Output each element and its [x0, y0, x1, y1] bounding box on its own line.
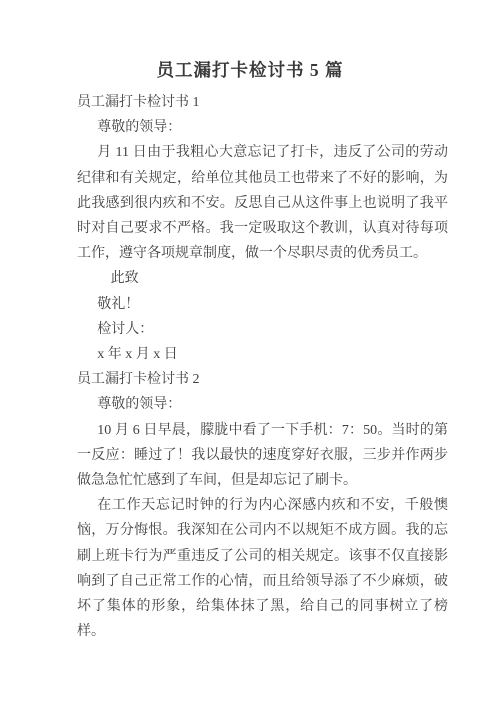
- letter-1: 员工漏打卡检讨书 1 尊敬的领导： 月 11 日由于我粗心大意忘记了打卡，违反了…: [77, 90, 448, 367]
- document-title: 员工漏打卡检讨书 5 篇: [52, 56, 448, 85]
- letter-2-salutation: 尊敬的领导：: [77, 392, 448, 417]
- letter-2-paragraph-2: 在工作天忘记时钟的行为内心深感内疚和不安，千般懊恼，万分悔恨。我深知在公司内不以…: [77, 493, 448, 644]
- letter-1-signer-label: 检讨人：: [77, 317, 448, 342]
- letter-1-closing-cizhi: 此致: [77, 266, 448, 291]
- letter-1-paragraph-1: 月 11 日由于我粗心大意忘记了打卡，违反了公司的劳动纪律和有关规定，给单位其他…: [77, 140, 448, 266]
- document-page: 员工漏打卡检讨书 5 篇 员工漏打卡检讨书 1 尊敬的领导： 月 11 日由于我…: [0, 0, 500, 707]
- letter-2-heading: 员工漏打卡检讨书 2: [77, 367, 448, 392]
- letter-2: 员工漏打卡检讨书 2 尊敬的领导： 10 月 6 日早晨，朦胧中看了一下手机：7…: [77, 367, 448, 644]
- letter-1-date: x 年 x 月 x 日: [77, 342, 448, 367]
- letter-2-paragraph-1: 10 月 6 日早晨，朦胧中看了一下手机：7：50。当时的第一反应：睡过了！我以…: [77, 418, 448, 494]
- letter-1-heading: 员工漏打卡检讨书 1: [77, 90, 448, 115]
- letter-1-closing-jingli: 敬礼！: [77, 292, 448, 317]
- letter-1-salutation: 尊敬的领导：: [77, 115, 448, 140]
